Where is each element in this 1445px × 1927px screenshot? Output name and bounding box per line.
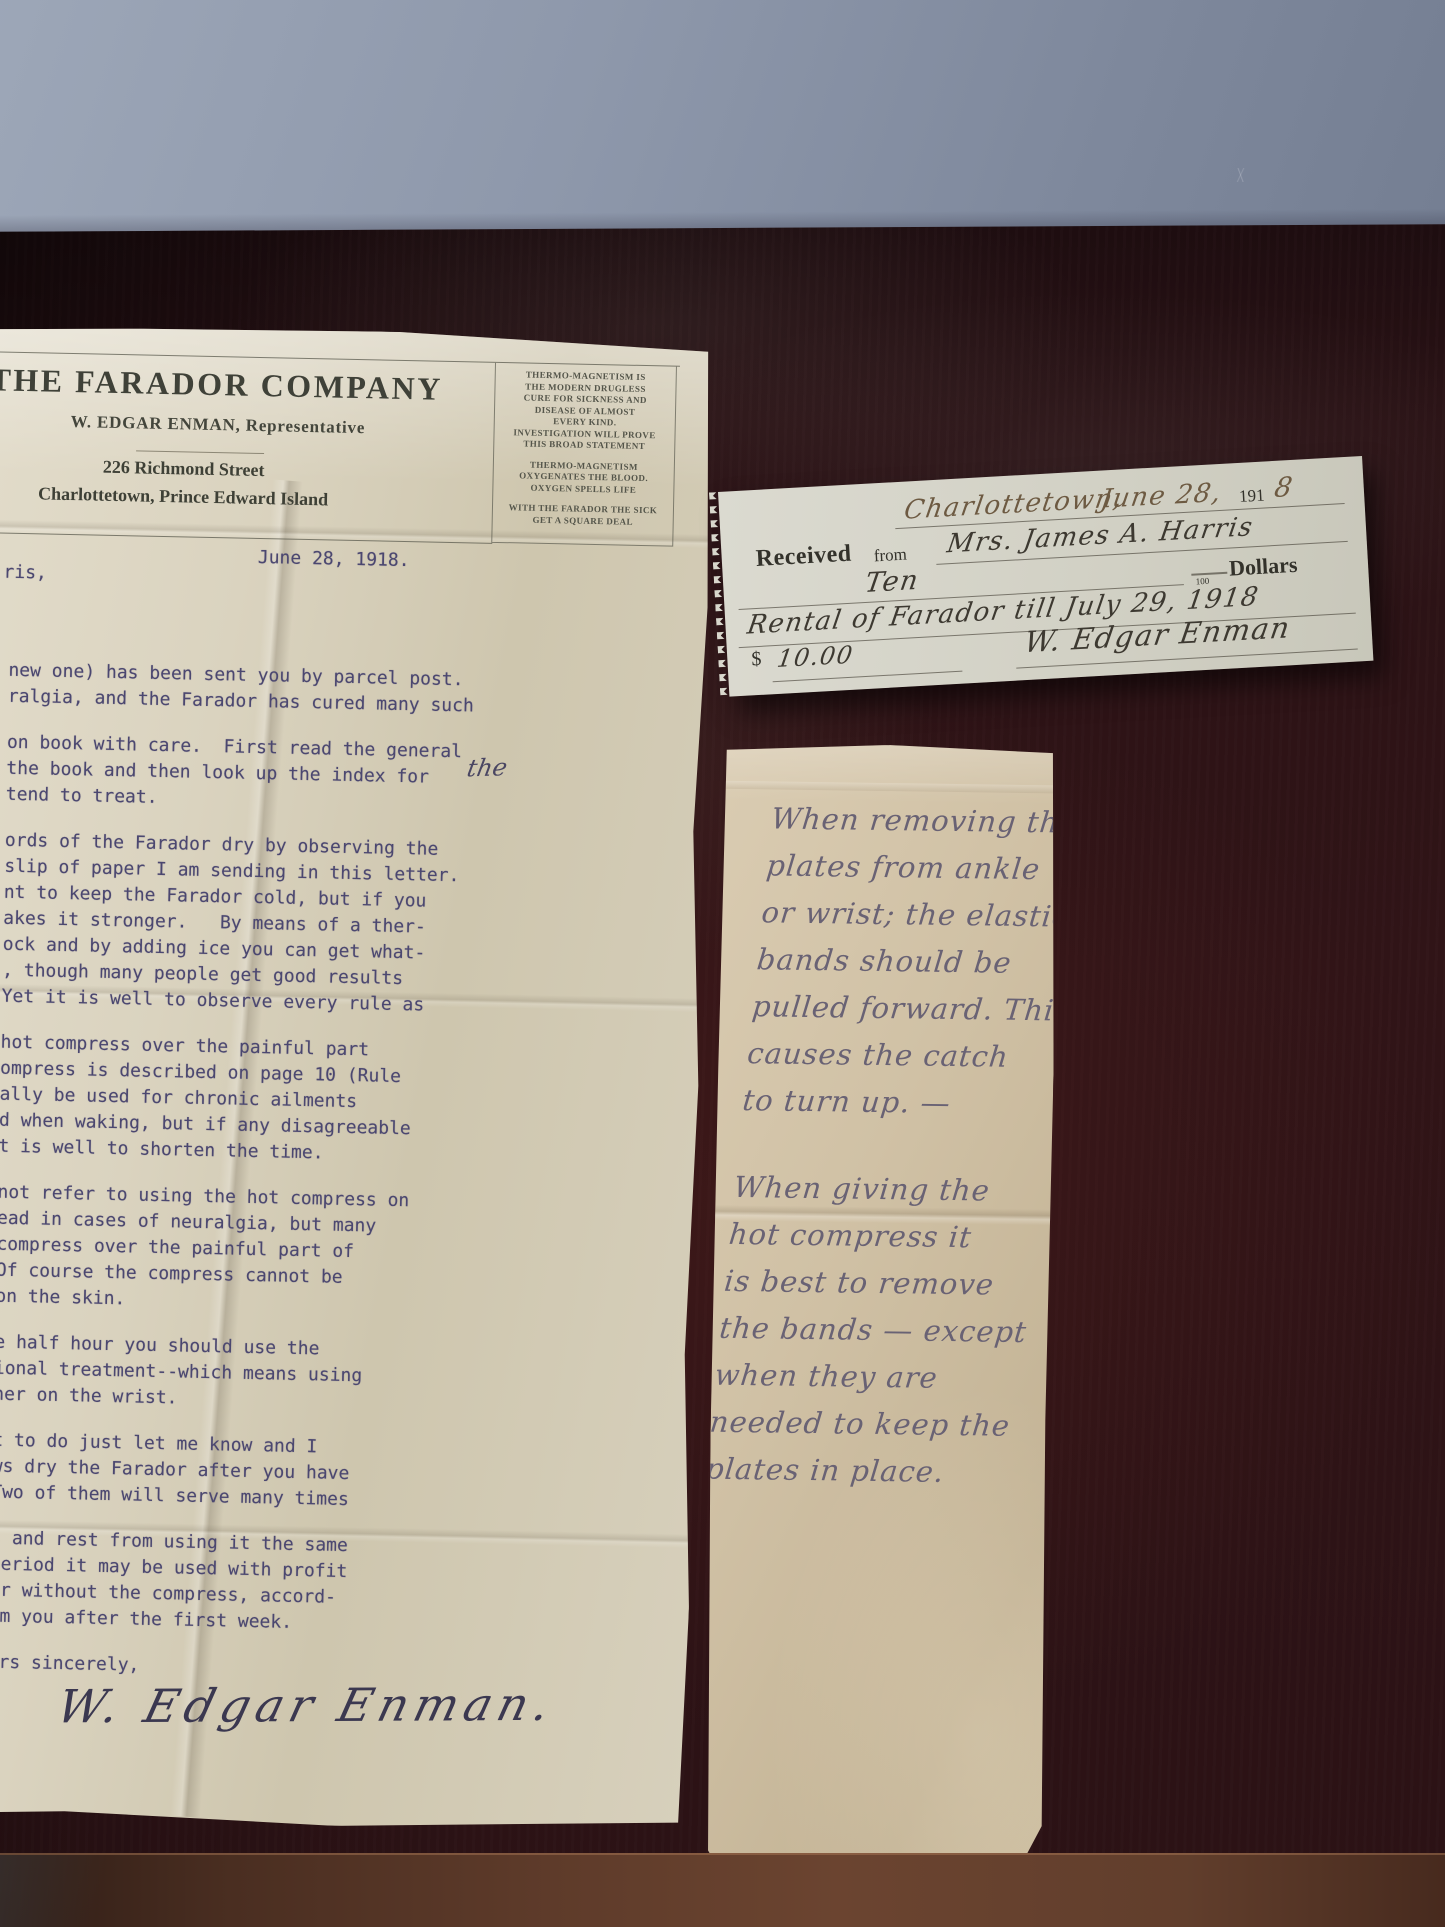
text-line: or wrist; the elastic bbox=[759, 889, 1074, 940]
text-line: hot compress it bbox=[727, 1211, 1042, 1262]
note-paragraph: When removing theplates from ankleor wri… bbox=[740, 795, 1083, 1128]
text-line: is best to remove bbox=[722, 1258, 1037, 1309]
photo-of-documents: { "photo": { "wall_color": "#8e98ab", "b… bbox=[0, 0, 1445, 1927]
letter-paragraph: on book with care. First read the genera… bbox=[6, 730, 627, 821]
rental-receipt: Charlottetown, June 28, 191 8 Received f… bbox=[718, 456, 1373, 697]
letter-paragraph: not refer to using the hot compress onea… bbox=[0, 1180, 618, 1323]
text-line: bands should be bbox=[755, 936, 1070, 987]
wall-scuff-mark bbox=[1228, 168, 1254, 182]
table-front-edge bbox=[0, 1853, 1445, 1927]
letterhead-street-address: 226 Richmond Street bbox=[68, 457, 300, 480]
letterhead-slogan-box: THERMO-MAGNETISM ISTHE MODERN DRUGLESSCU… bbox=[491, 363, 677, 547]
text-line: plates from ankle bbox=[764, 842, 1079, 893]
letter-body-text: new one) has been sent you by parcel pos… bbox=[0, 658, 629, 1709]
text-line: plates in place. bbox=[703, 1446, 1018, 1497]
text-line: needed to keep the bbox=[708, 1399, 1023, 1450]
letter-paragraph: hot compress over the painful partompres… bbox=[0, 1030, 621, 1173]
slogan-block-3: WITH THE FARADOR THE SICKGET A SQUARE DE… bbox=[496, 502, 670, 529]
receipt-dollars-label: Dollars bbox=[1228, 552, 1298, 582]
letterhead-city-address: Charlottetown, Prince Edward Island bbox=[9, 484, 357, 509]
receipt-amount-numeric-line bbox=[773, 671, 963, 683]
receipt-currency-symbol: $ bbox=[751, 648, 762, 672]
receipt-year-printed: 191 bbox=[1239, 486, 1266, 507]
receipt-amount-numeric: 10.00 bbox=[775, 641, 855, 674]
text-line: When giving the bbox=[731, 1164, 1046, 1215]
typed-letter: THE FARADOR COMPANY W. EDGAR ENMAN, Repr… bbox=[0, 322, 716, 1833]
receipt-amount-words: Ten bbox=[863, 565, 922, 599]
text-line: causes the catch bbox=[745, 1030, 1060, 1081]
receipt-year-written: 8 bbox=[1272, 472, 1296, 504]
note-body-text: When removing theplates from ankleor wri… bbox=[699, 795, 1084, 1536]
text-line: pulled forward. This bbox=[750, 983, 1065, 1034]
wall-background bbox=[0, 0, 1445, 241]
receipt-received-label: Received bbox=[755, 541, 852, 573]
letterhead-company-name: THE FARADOR COMPANY bbox=[0, 363, 490, 405]
letter-paragraph: s and rest from using it the sameperiod … bbox=[0, 1526, 610, 1643]
receipt-city: Charlottetown, bbox=[902, 483, 1126, 526]
letter-signature: W. Edgar Enman. bbox=[52, 1677, 562, 1733]
receipt-from-label: from bbox=[873, 545, 907, 567]
letter-paragraph: ords of the Farador dry by observing the… bbox=[1, 828, 625, 1023]
letter-paragraph: e half hour you should use theional trea… bbox=[0, 1330, 615, 1421]
handwritten-note: When removing theplates from ankleor wri… bbox=[704, 743, 1058, 1908]
letterhead-divider bbox=[136, 450, 264, 454]
letter-paragraph: t to do just let me know and Iws dry the… bbox=[0, 1428, 612, 1519]
slogan-block-1: THERMO-MAGNETISM ISTHE MODERN DRUGLESSCU… bbox=[497, 369, 673, 453]
note-top-fold-edge bbox=[719, 781, 1057, 794]
letter-date: June 28, 1918. bbox=[258, 547, 410, 571]
text-line: to turn up. — bbox=[740, 1077, 1055, 1128]
letterhead-representative: W. EDGAR ENMAN, Representative bbox=[71, 413, 491, 439]
note-paragraph: When giving thehot compress itis best to… bbox=[703, 1164, 1046, 1497]
letter-salutation-fragment: ris, bbox=[3, 562, 47, 584]
slogan-block-2: THERMO-MAGNETISMOXYGENATES THE BLOOD.OXY… bbox=[496, 458, 671, 496]
text-line: When removing the bbox=[769, 795, 1084, 846]
text-line: when they are bbox=[712, 1352, 1027, 1403]
text-line: the bands — except bbox=[717, 1305, 1032, 1356]
letter-paragraph: new one) has been sent you by parcel pos… bbox=[8, 658, 629, 723]
receipt-date-written: June 28, bbox=[1099, 478, 1224, 515]
handwritten-correction-word: the bbox=[465, 753, 510, 782]
